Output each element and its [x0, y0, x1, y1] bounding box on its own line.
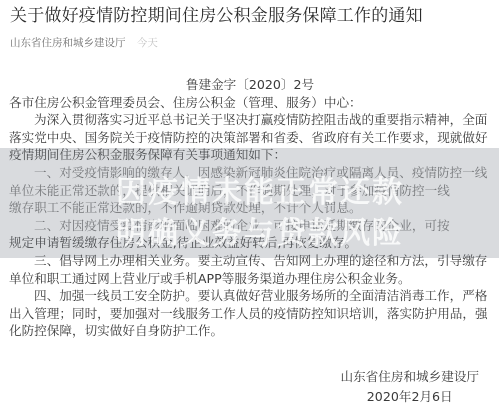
- paragraph-line: 疫情期间住房公积金服务保障有关事项通知如下：: [9, 146, 491, 164]
- document-addressee: 各市住房公积金管理委员会、住房公积金（管理、服务）中心：: [9, 94, 491, 112]
- document-number: 鲁建金字〔2020〕2号: [9, 76, 491, 94]
- document-signature: 山东省住房和城乡建设厅 2020年2月6日: [340, 367, 479, 407]
- paragraph-line: 三、倡导网上办理相关业务。要主动宣传、告知网上办理的途径和方法，引导缴存: [9, 252, 491, 270]
- article-meta: 山东省住房和城乡建设厅 今天: [10, 36, 490, 50]
- paragraph-line: 一、对受疫情影响的缴存人，因感染新冠肺炎住院治疗或隔离人员、疫情防控一线: [9, 164, 491, 182]
- signature-org: 山东省住房和城乡建设厅: [340, 367, 479, 387]
- paragraph-line: 四、加强一线员工安全防护。要认真做好营业服务场所的全面清洁消毒工作，严格: [9, 287, 491, 305]
- paragraph-line: 化防控保障，切实做好自身防护工作。: [9, 322, 491, 340]
- document-body: 鲁建金字〔2020〕2号 各市住房公积金管理委员会、住房公积金（管理、服务）中心…: [9, 76, 491, 340]
- article-source[interactable]: 山东省住房和城乡建设厅: [10, 37, 126, 49]
- paragraph-line: 规定申请暂缓缴存住房公积金,待企业效益好转后,再恢复缴存。: [9, 234, 491, 252]
- article-time: 今天: [137, 37, 158, 49]
- article-title: 关于做好疫情防控期间住房公积金服务保障工作的通知: [10, 4, 490, 28]
- paragraph-line: 缴存职工不能正常还款的，不作逾期贷款处理，不计个人罚息。: [9, 199, 491, 217]
- signature-date: 2020年2月6日: [340, 387, 479, 407]
- paragraph-line: 出入管理；同时，要加强对一线服务工作人员的疫情防控知识培训，落实防护用品，强: [9, 305, 491, 323]
- article-header: 关于做好疫情防控期间住房公积金服务保障工作的通知 山东省住房和城乡建设厅 今天: [10, 4, 490, 50]
- paragraph-line: 二、对因疫情受疫情影响面临困难的企业，可按申请延期缴存的企业，可按: [9, 217, 491, 235]
- paragraph-line: 单位和职工通过网上营业厅或手机APP等服务渠道办理住房公积金业务。: [9, 270, 491, 288]
- paragraph-line: 为深入贯彻落实习近平总书记关于坚决打赢疫情防控阻击战的重要指示精神，全面: [9, 111, 491, 129]
- paragraph-line: 单位未能正常还款的，提供相关证明后，不作逾期处理，对于参加疫情防控一线: [9, 182, 491, 200]
- paragraph-line: 落实党中央、国务院关于疫情防控的决策部署和省委、省政府有关工作要求，现就做好: [9, 129, 491, 147]
